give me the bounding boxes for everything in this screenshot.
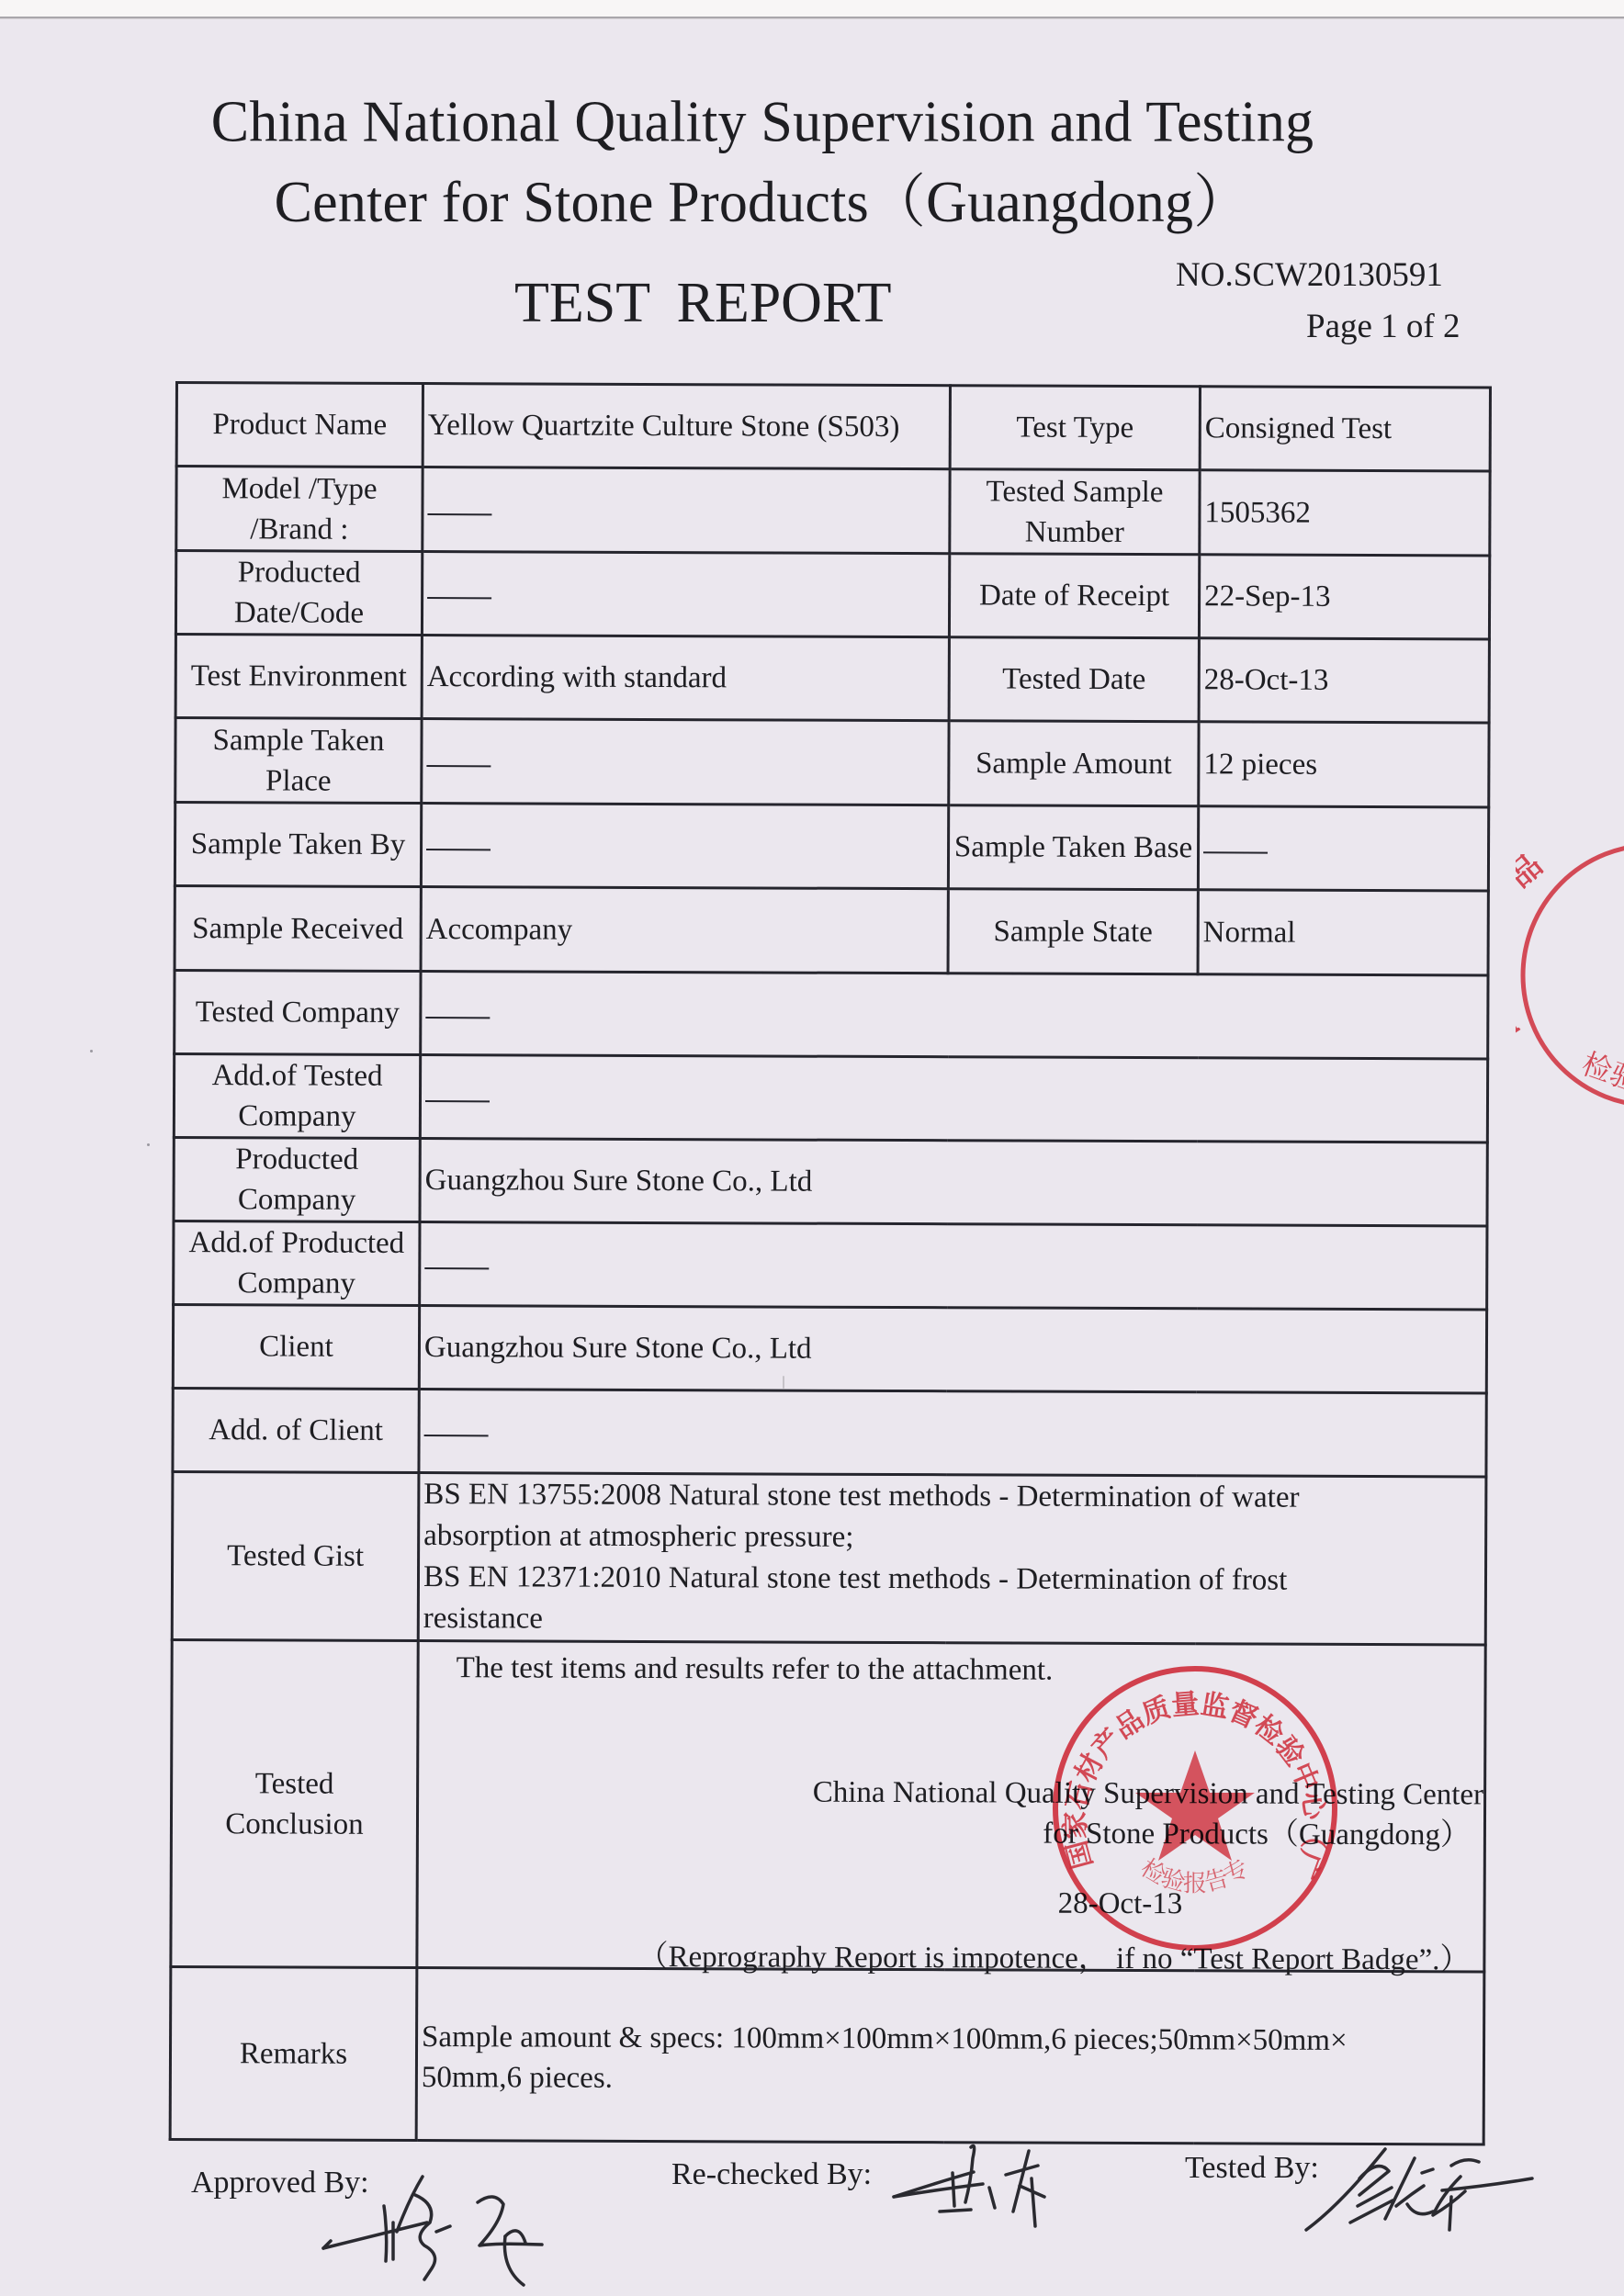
field-label: Sample Received [175,886,421,972]
remarks-label: Remarks [170,1966,417,2140]
field-label: Add.of Producted Company [174,1221,420,1305]
field-label: Add. of Client [173,1388,419,1472]
empty-dash [426,765,491,767]
empty-dash [427,513,491,515]
empty-dash [425,1100,490,1102]
field-value: Guangzhou Sure Stone Co., Ltd [420,1139,1487,1226]
field-value: 1505362 [1200,470,1490,556]
field-label: Tested Sample Number [950,469,1200,555]
field-value: Consigned Test [1200,387,1490,471]
empty-dash [424,1267,489,1269]
table-row: Product NameYellow Quartzite Culture Sto… [176,383,1490,471]
empty-dash [426,849,491,850]
field-label: Producted Company [174,1137,420,1221]
paper-speck [147,1143,150,1146]
field-value [420,1055,1487,1142]
conclusion-org-line1: China National Quality Supervision and T… [813,1773,1483,1816]
document-header: China National Quality Supervision and T… [147,83,1378,252]
tested-gist-row: Tested Gist BS EN 13755:2008 Natural sto… [172,1471,1486,1644]
field-label: Date of Receipt [949,554,1199,638]
report-title: TEST REPORT [514,271,1029,336]
field-value [422,719,949,805]
empty-dash [425,1017,490,1019]
field-label: Sample State [948,889,1198,974]
approved-signature [321,2167,551,2296]
field-value: 28-Oct-13 [1199,638,1489,723]
remarks-row: Remarks Sample amount & specs: 100mm×100… [170,1966,1484,2144]
table-row: Add. of Client [173,1388,1486,1476]
tested-conclusion-label: Tested Conclusion [171,1639,418,1967]
tested-signature [1304,2131,1543,2232]
tested-gist-label: Tested Gist [172,1471,419,1640]
tested-gist-value: BS EN 13755:2008 Natural stone test meth… [418,1473,1486,1645]
conclusion-date: 28-Oct-13 [1058,1884,1183,1925]
gist-line: BS EN 12371:2010 Natural stone test meth… [423,1557,1481,1602]
field-label: Sample Amount [949,721,1199,806]
tested-by-label: Tested By: [1185,2151,1319,2186]
empty-dash [427,597,491,599]
table-row: Tested Company [175,971,1488,1059]
field-label: Sample Taken Place [175,718,422,804]
field-value: According with standard [422,636,949,721]
table-row: Sample ReceivedAccompanySample StateNorm… [175,886,1488,975]
field-label: Test Type [950,386,1200,470]
header-title-line1: China National Quality Supervision and T… [147,83,1378,162]
field-label: Model /Type /Brand : [176,467,423,552]
field-value [419,1390,1486,1477]
field-value [420,1222,1487,1310]
field-label: Producted Date/Code [175,551,422,636]
field-label: Client [173,1304,419,1389]
paper-mark [783,1376,784,1389]
header-title-line2: Center for Stone Products（Guangdong） [147,163,1378,242]
field-label: Tested Company [175,971,421,1055]
conclusion-note: （Reprography Report is impotence， if no … [637,1937,1470,1980]
conclusion-org-line2: for Stone Products（Guangdong） [1043,1814,1471,1856]
field-value [1198,806,1488,891]
field-label: Tested Date [949,637,1199,722]
field-label: Sample Taken By [175,803,421,887]
field-value [423,467,950,554]
report-number: NO.SCW20130591 [1176,255,1443,295]
field-value: 12 pieces [1199,722,1489,807]
field-value [421,804,948,889]
empty-dash [424,1435,489,1436]
table-row: Model /Type /Brand :Tested Sample Number… [176,467,1490,556]
table-row: Test EnvironmentAccording with standardT… [175,635,1489,723]
table-row: Sample Taken BySample Taken Base [175,803,1488,891]
rechecked-signature [886,2131,1052,2232]
remarks-text: Sample amount & specs: 100mm×100mm×100mm… [422,2011,1479,2101]
table-row: ClientGuangzhou Sure Stone Co., Ltd [173,1304,1486,1392]
table-row: Producted CompanyGuangzhou Sure Stone Co… [174,1137,1487,1225]
remarks-value: Sample amount & specs: 100mm×100mm×100mm… [416,1968,1484,2144]
tested-conclusion-row: Tested Conclusion The test items and res… [171,1639,1485,1971]
conclusion-intro: The test items and results refer to the … [457,1648,1054,1690]
field-label: Product Name [176,383,423,467]
field-value: Yellow Quartzite Culture Stone (S503) [423,384,950,469]
paper-speck [90,1050,93,1052]
field-value: Accompany [421,887,948,974]
page-number: Page 1 of 2 [1306,307,1460,346]
rechecked-by-label: Re-checked By: [671,2157,872,2192]
gist-line: absorption at atmospheric pressure; [423,1515,1481,1560]
report-table-wrapper: Product NameYellow Quartzite Culture Sto… [169,381,1489,2126]
empty-dash [1203,852,1268,854]
field-label: Test Environment [175,635,422,719]
field-value: Guangzhou Sure Stone Co., Ltd [419,1306,1486,1393]
table-row: Add.of Tested Company [174,1054,1487,1142]
table-row: Add.of Producted Company [174,1221,1487,1309]
table-row: Sample Taken PlaceSample Amount12 pieces [175,718,1489,807]
field-value: 22-Sep-13 [1199,555,1489,639]
gist-line: BS EN 13755:2008 Natural stone test meth… [423,1474,1481,1519]
tested-conclusion-value: The test items and results refer to the … [417,1641,1485,1972]
table-row: Producted Date/CodeDate of Receipt22-Sep… [175,551,1489,639]
field-label: Sample Taken Base [948,805,1198,890]
field-value [421,972,1488,1059]
gist-line: resistance [423,1598,1481,1643]
report-table: Product NameYellow Quartzite Culture Sto… [169,381,1492,2145]
field-label: Add.of Tested Company [174,1054,420,1139]
field-value [422,552,949,637]
field-value: Normal [1198,890,1488,975]
